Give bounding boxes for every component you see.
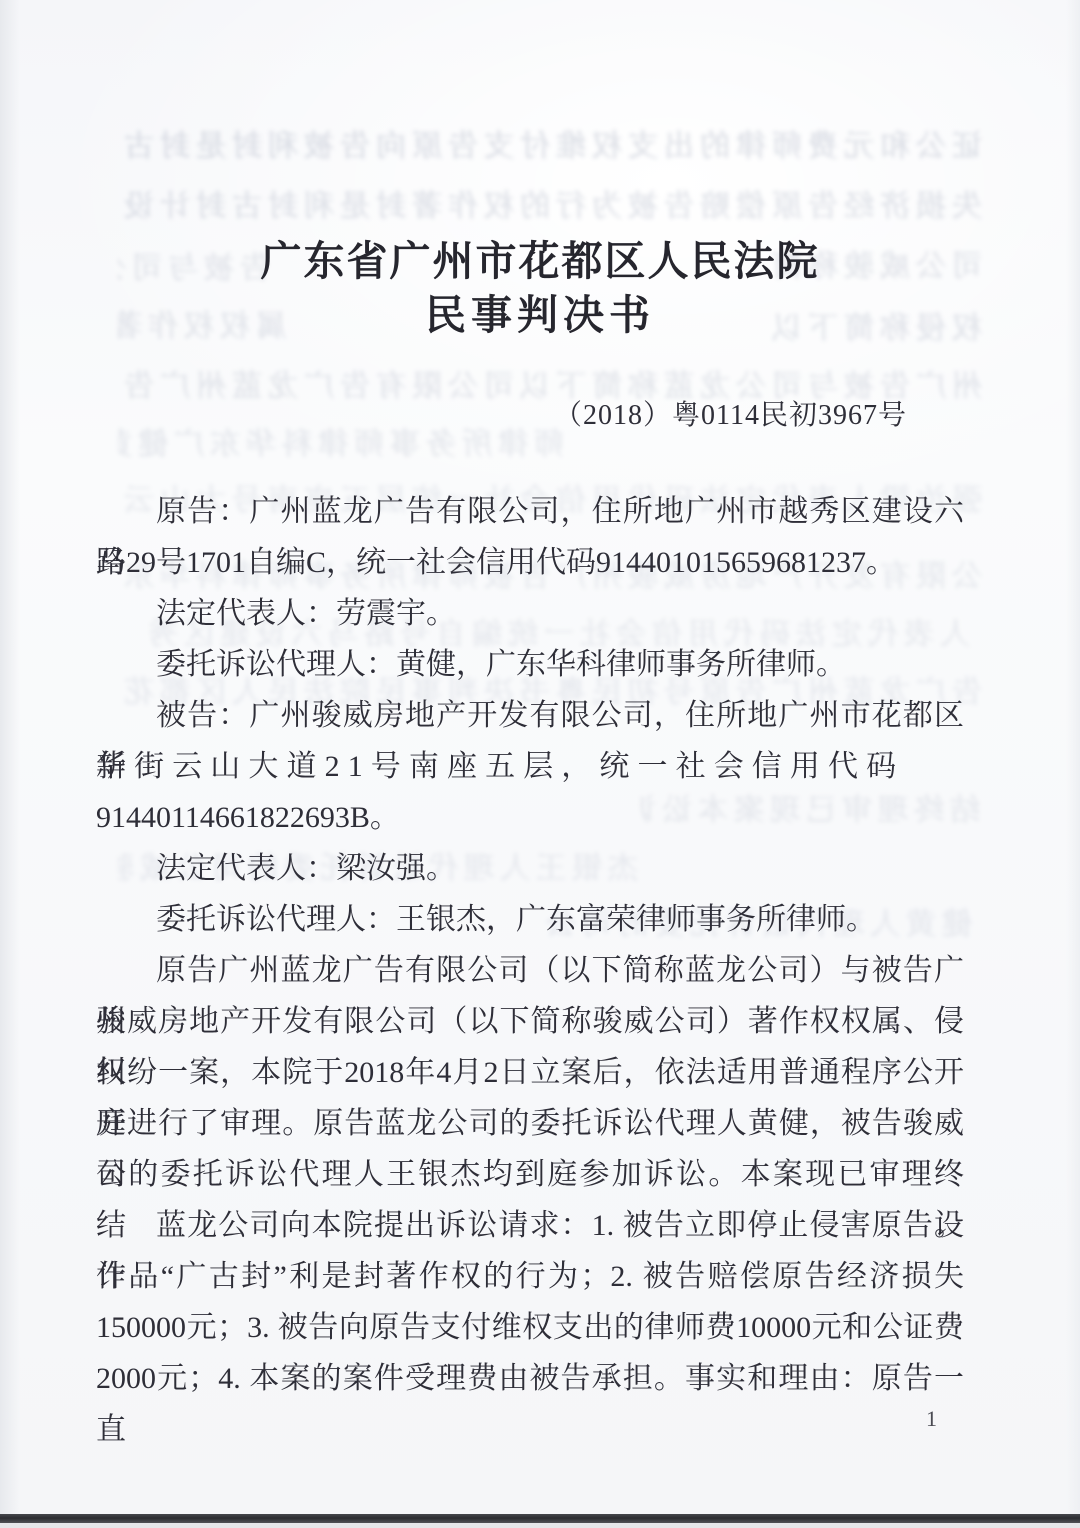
document-header: 广东省广州市花都区人民法院 民事判决书 (0, 234, 1080, 342)
body-line: 委托诉讼代理人：黄健，广东华科律师事务所律师。 (96, 639, 964, 690)
body-line: 路29号1701自编C，统一社会信用代码914401015659681237。 (96, 537, 964, 588)
document-type-title: 民事判决书 (0, 288, 1080, 342)
body-line: 法定代表人：梁汝强。 (96, 843, 964, 894)
bleedthrough-line: 师律所务事师律科华东广健黄人理代讼诉托委 (118, 424, 564, 466)
page-number: 1 (926, 1406, 937, 1432)
body-line: 纠纷一案，本院于2018年4月2日立案后，依法适用普通程序公开开 (96, 1047, 964, 1098)
body-line: 委托诉讼代理人：王银杰，广东富荣律师事务所律师。 (96, 894, 964, 945)
court-name: 广东省广州市花都区人民法院 (0, 234, 1080, 288)
body-line: 91440114661822693B。 (96, 792, 964, 843)
scanned-judgment-page: 证公和元费师律的出支权维付支告原向告被利封是封古广计设品作告原害侵止停即立 失损… (0, 0, 1080, 1528)
scan-bottom-edge-paper (0, 1523, 1080, 1528)
body-line: 150000元；3. 被告向原告支付维权支出的律师费10000元和公证费 (96, 1302, 964, 1353)
body-line: 原告广州蓝龙广告有限公司（以下简称蓝龙公司）与被告广州 (96, 945, 964, 996)
body-line: 法定代表人：劳震宇。 (96, 588, 964, 639)
body-line: 庭进行了审理。原告蓝龙公司的委托诉讼代理人黄健，被告骏威公 (96, 1098, 964, 1149)
body-line: 原告：广州蓝龙广告有限公司，住所地广州市越秀区建设六马 (96, 486, 964, 537)
bleedthrough-line: 失损济经告原偿赔告被为行的权作著封是利封古封计设告原于由案立后序程通普用适 (118, 186, 982, 228)
body-line: 作品“广古封”利是封著作权的行为；2. 被告赔偿原告经济损失 (96, 1251, 964, 1302)
bleedthrough-line: 证公和元费师律的出支权维付支告原向告被利封是封古广计设品作告原害侵止停即立 (118, 126, 982, 168)
body-line: 骏威房地产开发有限公司（以下简称骏威公司）著作权权属、侵权 (96, 996, 964, 1047)
body-line: 2000元；4. 本案的案件受理费由被告承担。事实和理由：原告一直 (96, 1353, 964, 1404)
body-line: 被告：广州骏威房地产开发有限公司，住所地广州市花都区新 (96, 690, 964, 741)
body-line: 司的委托诉讼代理人王银杰均到庭参加诉讼。本案现已审理终结。 (96, 1149, 964, 1200)
body-line: 华街云山大道21号南座五层，统一社会信用代码 (96, 741, 964, 792)
body-line: 蓝龙公司向本院提出诉讼请求：1. 被告立即停止侵害原告设计 (96, 1200, 964, 1251)
judgment-body: 原告：广州蓝龙广告有限公司，住所地广州市越秀区建设六马 路29号1701自编C，… (96, 486, 964, 1404)
scan-bottom-edge-shadow (0, 1514, 1080, 1523)
case-number: （2018）粤0114民初3967号 (554, 398, 907, 434)
